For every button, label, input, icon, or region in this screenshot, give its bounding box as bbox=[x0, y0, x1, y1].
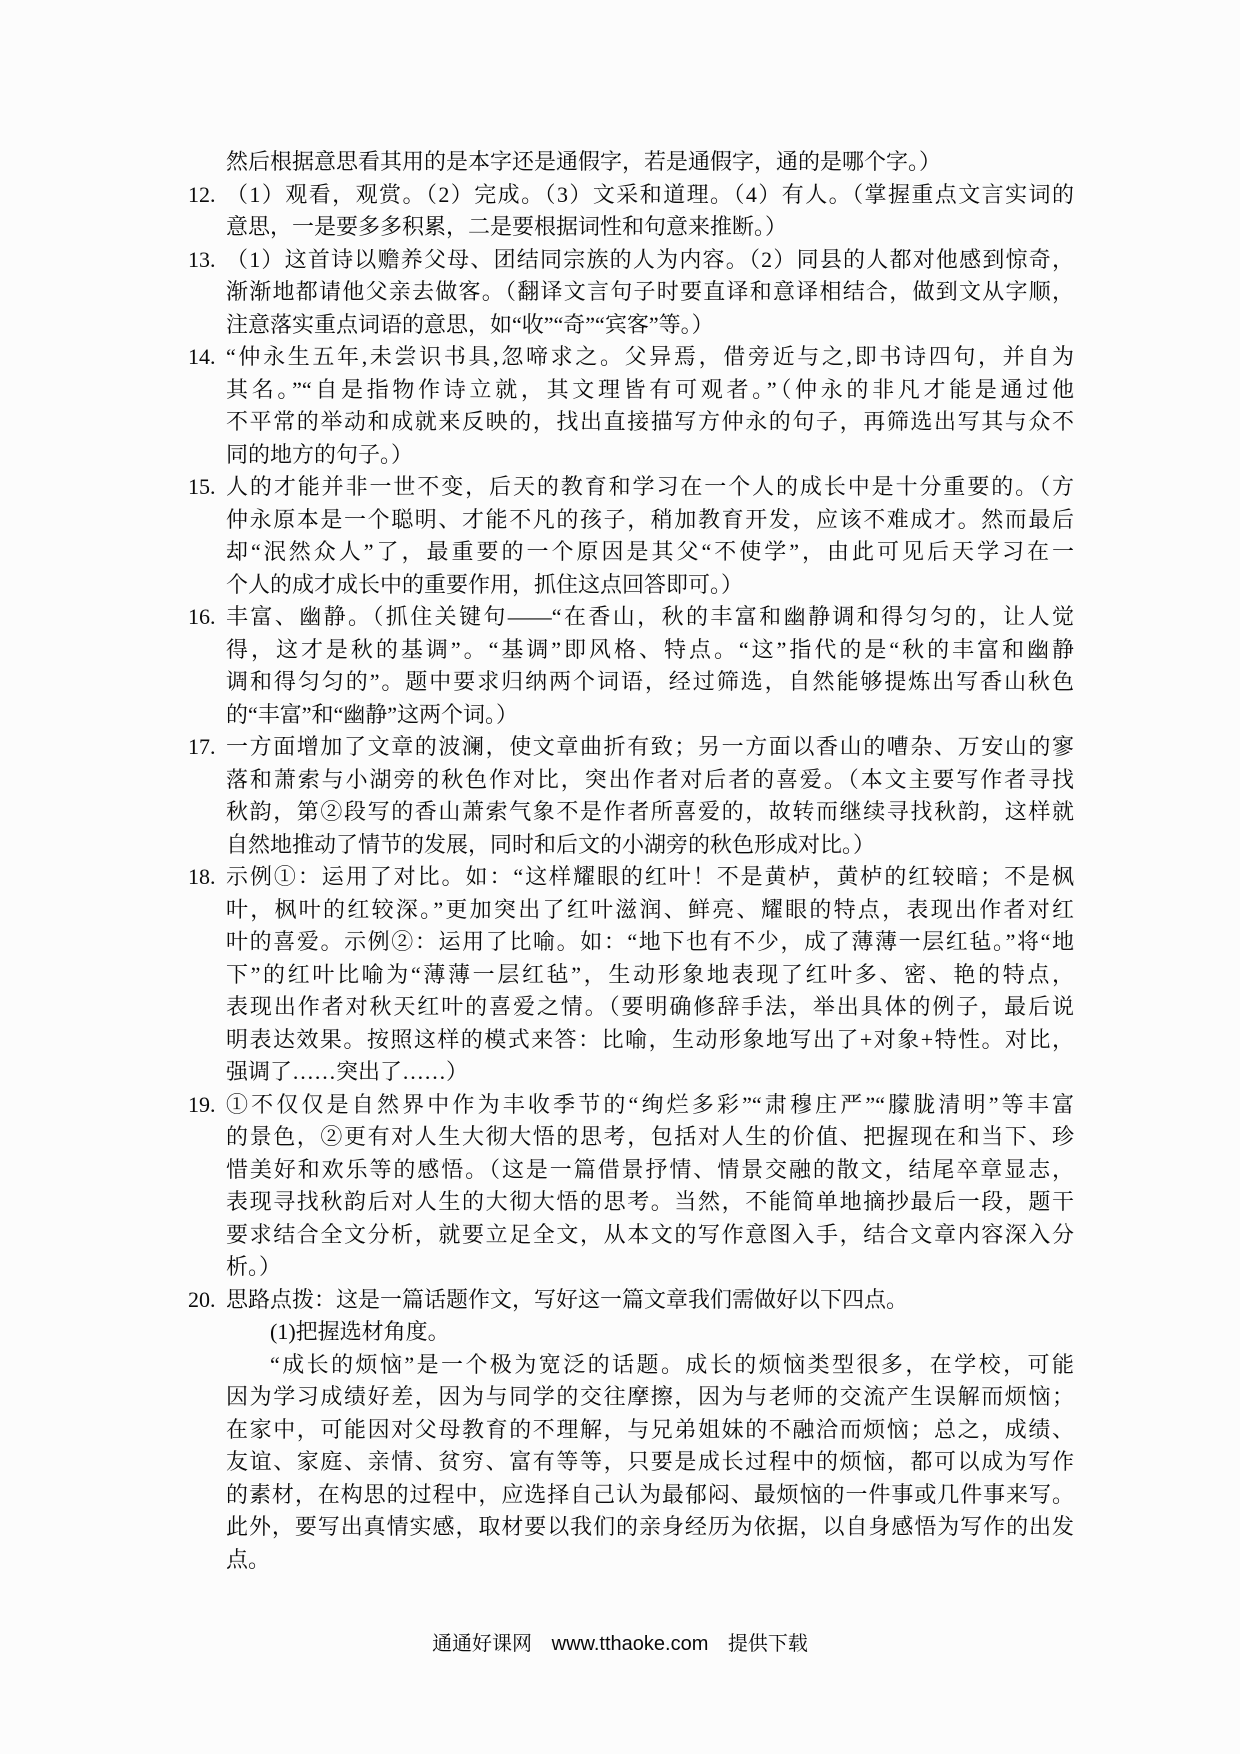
page-footer: 通通好课网 www.tthaoke.com 提供下载 bbox=[0, 1627, 1240, 1656]
item-number: 14. bbox=[188, 341, 216, 374]
answer-line: 秋韵，第②段写的香山萧索气象不是作者所喜爱的，故转而继续寻找秋韵，这样就 bbox=[226, 796, 1074, 829]
answer-item-18: 18.示例①：运用了对比。如：“这样耀眼的红叶！不是黄栌，黄栌的红较暗；不是枫叶… bbox=[226, 861, 1074, 1089]
answer-line: 惜美好和欢乐等的感悟。（这是一篇借景抒情、情景交融的散文，结尾卒章显志， bbox=[226, 1154, 1074, 1187]
answer-item-13: 13.（1）这首诗以赡养父母、团结同宗族的人为内容。（2）同县的人都对他感到惊奇… bbox=[226, 244, 1074, 342]
footer-site-name: 通通好课网 bbox=[432, 1633, 532, 1655]
answer-line: 个人的成才成长中的重要作用，抓住这点回答即可。） bbox=[226, 569, 1074, 602]
answer-item-continuation: 然后根据意思看其用的是本字还是通假字，若是通假字，通的是哪个字。） bbox=[226, 146, 1074, 179]
answer-line: 的“丰富”和“幽静”这两个词。） bbox=[226, 699, 1074, 732]
answer-line: 调和得匀匀的”。题中要求归纳两个词语，经过筛选，自然能够提炼出写香山秋色 bbox=[226, 666, 1074, 699]
answer-line: 其名。”“自是指物作诗立就，其文理皆有可观者。”（仲永的非凡才能是通过他 bbox=[226, 374, 1074, 407]
footer-download-note: 提供下载 bbox=[728, 1633, 808, 1655]
answer-line: 人的才能并非一世不变，后天的教育和学习在一个人的成长中是十分重要的。（方 bbox=[226, 471, 1074, 504]
footer-url: www.tthaoke.com bbox=[552, 1633, 709, 1655]
answer-list: 然后根据意思看其用的是本字还是通假字，若是通假字，通的是哪个字。）12.（1）观… bbox=[226, 146, 1074, 1576]
answer-line: 下”的红叶比喻为“薄薄一层红毡”，生动形象地表现了红叶多、密、艳的特点， bbox=[226, 959, 1074, 992]
answer-line: (1)把握选材角度。 bbox=[226, 1316, 1074, 1349]
answer-line: “成长的烦恼”是一个极为宽泛的话题。成长的烦恼类型很多，在学校，可能 bbox=[226, 1349, 1074, 1382]
answer-line: 表现出作者对秋天红叶的喜爱之情。（要明确修辞手法，举出具体的例子，最后说 bbox=[226, 991, 1074, 1024]
answer-line: 自然地推动了情节的发展，同时和后文的小湖旁的秋色形成对比。） bbox=[226, 829, 1074, 862]
answer-item-15: 15.人的才能并非一世不变，后天的教育和学习在一个人的成长中是十分重要的。（方仲… bbox=[226, 471, 1074, 601]
document-page: 然后根据意思看其用的是本字还是通假字，若是通假字，通的是哪个字。）12.（1）观… bbox=[0, 0, 1240, 1754]
answer-line: “仲永生五年,未尝识书具,忽啼求之。父异焉，借旁近与之,即书诗四句，并自为 bbox=[226, 341, 1074, 374]
answer-line: 友谊、家庭、亲情、贫穷、富有等等，只要是成长过程中的烦恼，都可以成为写作 bbox=[226, 1446, 1074, 1479]
item-number: 19. bbox=[188, 1089, 216, 1122]
answer-line: 因为学习成绩好差，因为与同学的交往摩擦，因为与老师的交流产生误解而烦恼； bbox=[226, 1381, 1074, 1414]
answer-line: 示例①：运用了对比。如：“这样耀眼的红叶！不是黄栌，黄栌的红较暗；不是枫 bbox=[226, 861, 1074, 894]
answer-item-12: 12.（1）观看，观赏。（2）完成。（3）文采和道理。（4）有人。（掌握重点文言… bbox=[226, 179, 1074, 244]
answer-line: 得，这才是秋的基调”。“基调”即风格、特点。“这”指代的是“秋的丰富和幽静 bbox=[226, 634, 1074, 667]
answer-line: 此外，要写出真情实感，取材要以我们的亲身经历为依据，以自身感悟为写作的出发 bbox=[226, 1511, 1074, 1544]
answer-line: 叶，枫叶的红较深。”更加突出了红叶滋润、鲜亮、耀眼的特点，表现出作者对红 bbox=[226, 894, 1074, 927]
answer-line: 同的地方的句子。） bbox=[226, 439, 1074, 472]
answer-line: 不平常的举动和成就来反映的，找出直接描写方仲永的句子，再筛选出写其与众不 bbox=[226, 406, 1074, 439]
answer-line: 思路点拨：这是一篇话题作文，写好这一篇文章我们需做好以下四点。 bbox=[226, 1284, 1074, 1317]
answer-line: 一方面增加了文章的波澜，使文章曲折有致；另一方面以香山的嘈杂、万安山的寥 bbox=[226, 731, 1074, 764]
answer-item-19: 19.①不仅仅是自然界中作为丰收季节的“绚烂多彩”“肃穆庄严”“朦胧清明”等丰富… bbox=[226, 1089, 1074, 1284]
answer-line: 然后根据意思看其用的是本字还是通假字，若是通假字，通的是哪个字。） bbox=[226, 146, 1074, 179]
item-number: 20. bbox=[188, 1284, 216, 1317]
answer-line: 要求结合全文分析，就要立足全文，从本文的写作意图入手，结合文章内容深入分 bbox=[226, 1219, 1074, 1252]
answer-line: 仲永原本是一个聪明、才能不凡的孩子，稍加教育开发，应该不难成才。然而最后 bbox=[226, 504, 1074, 537]
answer-line: 叶的喜爱。示例②：运用了比喻。如：“地下也有不少，成了薄薄一层红毡。”将“地 bbox=[226, 926, 1074, 959]
answer-line: 析。） bbox=[226, 1251, 1074, 1284]
item-number: 12. bbox=[188, 179, 216, 212]
answer-line: 的素材，在构思的过程中，应选择自己认为最郁闷、最烦恼的一件事或几件事来写。 bbox=[226, 1479, 1074, 1512]
answer-line: 注意落实重点词语的意思，如“收”“奇”“宾客”等。） bbox=[226, 309, 1074, 342]
answer-line: 的景色，②更有对人生大彻大悟的思考，包括对人生的价值、把握现在和当下、珍 bbox=[226, 1121, 1074, 1154]
answer-item-14: 14.“仲永生五年,未尝识书具,忽啼求之。父异焉，借旁近与之,即书诗四句，并自为… bbox=[226, 341, 1074, 471]
answer-line: 意思，一是要多多积累，二是要根据词性和句意来推断。） bbox=[226, 211, 1074, 244]
answer-line: （1）这首诗以赡养父母、团结同宗族的人为内容。（2）同县的人都对他感到惊奇， bbox=[226, 244, 1074, 277]
item-number: 13. bbox=[188, 244, 216, 277]
item-number: 15. bbox=[188, 471, 216, 504]
answer-line: 丰富、幽静。（抓住关键句——“在香山，秋的丰富和幽静调和得匀匀的，让人觉 bbox=[226, 601, 1074, 634]
item-number: 17. bbox=[188, 731, 216, 764]
item-number: 16. bbox=[188, 601, 216, 634]
answer-line: 明表达效果。按照这样的模式来答：比喻，生动形象地写出了+对象+特性。对比， bbox=[226, 1024, 1074, 1057]
answer-line: 却“泯然众人”了，最重要的一个原因是其父“不使学”，由此可见后天学习在一 bbox=[226, 536, 1074, 569]
answer-item-20: 20.思路点拨：这是一篇话题作文，写好这一篇文章我们需做好以下四点。(1)把握选… bbox=[226, 1284, 1074, 1577]
answer-line: 强调了……突出了……） bbox=[226, 1056, 1074, 1089]
answer-line: 渐渐地都请他父亲去做客。（翻译文言句子时要直译和意译相结合，做到文从字顺， bbox=[226, 276, 1074, 309]
answer-line: 落和萧索与小湖旁的秋色作对比，突出作者对后者的喜爱。（本文主要写作者寻找 bbox=[226, 764, 1074, 797]
answer-line: 点。 bbox=[226, 1544, 1074, 1577]
answer-line: （1）观看，观赏。（2）完成。（3）文采和道理。（4）有人。（掌握重点文言实词的 bbox=[226, 179, 1074, 212]
answer-line: 表现寻找秋韵后对人生的大彻大悟的思考。当然，不能简单地摘抄最后一段，题干 bbox=[226, 1186, 1074, 1219]
answer-item-17: 17.一方面增加了文章的波澜，使文章曲折有致；另一方面以香山的嘈杂、万安山的寥落… bbox=[226, 731, 1074, 861]
item-number: 18. bbox=[188, 861, 216, 894]
answer-line: ①不仅仅是自然界中作为丰收季节的“绚烂多彩”“肃穆庄严”“朦胧清明”等丰富 bbox=[226, 1089, 1074, 1122]
answer-line: 在家中，可能因对父母教育的不理解，与兄弟姐妹的不融洽而烦恼；总之，成绩、 bbox=[226, 1414, 1074, 1447]
answer-item-16: 16.丰富、幽静。（抓住关键句——“在香山，秋的丰富和幽静调和得匀匀的，让人觉得… bbox=[226, 601, 1074, 731]
